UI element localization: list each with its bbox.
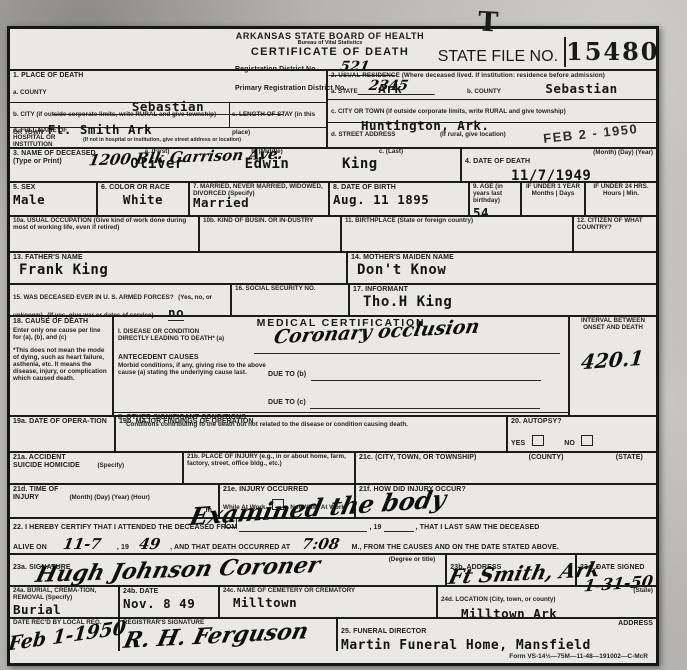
autopsy-field: 20. AUTOPSY? YES NO [506,417,656,451]
row-operation-autopsy: 19a. DATE OF OPERA-TION 19b. MAJOR FINDI… [10,415,656,451]
disease-condition-line: I. DISEASE OR CONDITION DIRECTLY LEADING… [114,329,568,353]
hospital-note: (If not in hospital or institution, give… [83,137,241,143]
usual-residence-title: 2. USUAL RESIDENCE (Where deceased lived… [328,71,656,80]
scanned-page-background: T ARKANSAS STATE BOARD OF HEALTH Bureau … [0,0,687,670]
sex-field: 5. SEX Male [10,183,96,215]
burial-date-field: 24b. DATE Nov. 8 49 [118,587,218,617]
section-name-of-deceased: 3. NAME OF DECEASED (Type or Print) a. (… [10,149,460,181]
marital-status-field: 7. MARRIED, NEVER MARRIED, WIDOWED, DIVO… [188,183,328,215]
due-to-b-blank [311,371,541,381]
funeral-director-address-label: ADDRESS [618,620,653,628]
street-address-label: d. STREET ADDRESS [331,131,396,138]
mother-name-value: Don't Know [357,262,653,278]
row-occupation-birthplace: 10a. USUAL OCCUPATION (Give kind of work… [10,215,656,251]
race-label: 6. COLOR OR RACE [101,184,185,192]
county-field: a. COUNTY Sebastian [10,81,326,103]
residence-state-field: a. STATE Ark [328,80,464,99]
middle-name-label: b. (Middle) [212,149,322,156]
under-1-year-field: IF UNDER 1 YEAR Months | Days [520,183,584,215]
row-registrar-funeral: DATE REC'D BY LOCAL REG. Feb 1-1950 REGI… [10,617,656,651]
burial-location-label: 24d. LOCATION (City, town, or county) [441,596,556,603]
accident-suicide-homicide-label: 21a. ACCIDENT SUICIDE HOMICIDE [13,454,93,470]
county-label: a. COUNTY [13,89,47,96]
burial-date-label: 24b. DATE [123,588,215,596]
certify-p2: , 19 [369,524,381,531]
row-signature: 23a. SIGNATURE (Degree or title) Hugh Jo… [10,553,656,585]
industry-field: 10b. KIND OF BUSIN. OR IN-DUSTRY [198,217,340,251]
place-of-injury-label: 21b. PLACE OF INJURY (e.g., in or about … [187,454,351,468]
occupation-field: 10a. USUAL OCCUPATION (Give kind of work… [10,217,198,251]
certify-p3: , THAT I LAST SAW THE DECEASED [416,524,540,531]
race-value: White [101,192,185,207]
race-field: 6. COLOR OR RACE White [96,183,188,215]
certificate-title: CERTIFICATE OF DEATH [180,46,480,58]
city-label: b. CITY (if outside corporate limits, wr… [13,111,216,118]
sex-value: Male [13,192,93,207]
row-name-date-of-death: 3. NAME OF DECEASED (Type or Print) a. (… [10,147,656,181]
row-armed-forces-informant: 15. WAS DECEASED EVER IN U. S. ARMED FOR… [10,283,656,315]
residence-city-label: c. CITY OR TOWN (if outside corporate li… [331,108,566,115]
date-of-birth-value: Aug. 11 1895 [333,192,465,207]
degree-title-label: (Degree or title) [389,557,436,564]
findings-of-operation-label: 19b. MAJOR FINDINGS OF OPERATION [119,418,503,426]
age-label: 9. AGE (in years last birthday) [473,184,517,205]
residence-city-field: c. CITY OR TOWN (if outside corporate li… [328,100,656,123]
accident-suicide-homicide-field: 21a. ACCIDENT SUICIDE HOMICIDE (Specify) [10,453,182,483]
date-of-death-label: 4. DATE OF DEATH [465,158,530,165]
burial-type-label: 24a. BURIAL, CREMA-TION, REMOVAL (Specif… [13,588,115,602]
received-date-stamp: FEB 2 - 1950 [542,121,638,146]
interval-label: INTERVAL BETWEEN ONSET AND DEATH [573,318,653,332]
last-name-label: c. (Last) [322,149,460,156]
autopsy-label: 20. AUTOPSY? [511,418,653,426]
place-of-death-title: 1. PLACE OF DEATH [10,71,326,81]
injury-state-label: (STATE) [616,454,643,482]
citizenship-label: 12. CITIZEN OF WHAT COUNTRY? [577,218,653,232]
birthplace-label: 11. BIRTHPLACE (State or foreign country… [345,218,569,225]
state-county-row: a. STATE Ark b. COUNTY Sebastian [328,80,656,100]
burial-type-field: 24a. BURIAL, CREMA-TION, REMOVAL (Specif… [10,587,118,617]
medical-certification-body: MEDICAL CERTIFICATION I. DISEASE OR COND… [112,317,568,415]
street-address-note: (If rural, give location) [440,131,506,138]
certify-p4: ALIVE ON [13,544,47,551]
citizenship-field: 12. CITIZEN OF WHAT COUNTRY? [572,217,656,251]
row-medical-certification: 18. CAUSE OF DEATH Enter only one cause … [10,315,656,415]
marital-status-value: Married [193,195,325,210]
signature-value: Hugh Johnson Coroner [33,552,323,588]
under-1-year-cols: Months | Days [525,191,581,198]
last-saw-year-value: 49 [129,536,169,554]
armed-forces-label: 15. WAS DECEASED EVER IN U. S. ARMED FOR… [13,294,174,301]
t-stamp-mark: T [477,6,499,38]
injury-city-label: 21c. (CITY, TOWN, OR TOWNSHIP) [359,454,476,482]
cause-note-2: *This does not mean the mode of dying, s… [13,348,109,383]
age-field: 9. AGE (in years last birthday) 54 [468,183,520,215]
date-received-field: DATE REC'D BY LOCAL REG. Feb 1-1950 [10,619,118,651]
father-name-value: Frank King [19,262,343,278]
autopsy-yes-checkbox [532,435,544,446]
certify-p5: , 19 [117,544,129,551]
city-field: b. CITY (if outside corporate limits, wr… [10,103,229,127]
registrar-signature-field: REGISTRAR'S SIGNATURE R. H. Ferguson [118,619,336,651]
under-24-hrs-cols: Hours | Min. [589,191,653,198]
section-place-of-death: 1. PLACE OF DEATH a. COUNTY Sebastian b.… [10,71,326,147]
certify-statement: Examined the body 22. I HEREBY CERTIFY T… [10,519,656,553]
time-of-injury-field: 21d. TIME OF INJURY (Month) (Day) (Year)… [10,485,218,517]
due-to-c-blank [310,399,540,409]
cemetery-field: 24c. NAME OF CEMETERY OR CREMATORY Millt… [218,587,436,617]
ssn-label: 16. SOCIAL SECURITY NO. [235,286,345,293]
mother-name-field: 14. MOTHER'S MAIDEN NAME Don't Know [346,253,656,283]
cause-of-death-title: 18. CAUSE OF DEATH [13,318,109,326]
cause-code-value: 420.1 [580,346,645,375]
injury-location-field: 21c. (CITY, TOWN, OR TOWNSHIP) (COUNTY) … [354,453,656,483]
row-sex-race-age: 5. SEX Male 6. COLOR OR RACE White 7. MA… [10,181,656,215]
cause-note-1: Enter only one cause per line for (a), (… [13,328,109,342]
informant-label: 17. INFORMANT [353,286,653,294]
findings-of-operation-field: 19b. MAJOR FINDINGS OF OPERATION [114,417,506,451]
certificate-header: T ARKANSAS STATE BOARD OF HEALTH Bureau … [10,29,656,69]
date-of-operation-label: 19a. DATE OF OPERA-TION [13,418,111,426]
morbid-conditions-note: Morbid conditions, if any, giving rise t… [118,363,268,409]
date-of-death-cols: (Month) (Day) (Year) [593,150,653,157]
industry-label: 10b. KIND OF BUSIN. OR IN-DUSTRY [203,218,337,225]
antecedent-block: Morbid conditions, if any, giving rise t… [114,363,568,409]
last-saw-date-value: 11-7 [47,536,116,554]
burial-location-field: 24d. LOCATION (City, town, or county) (S… [436,587,656,617]
time-of-injury-label: 21d. TIME OF INJURY [13,486,65,502]
city-stay-row: b. CITY (if outside corporate limits, wr… [10,103,326,128]
autopsy-no-label: NO [564,440,575,447]
date-of-operation-field: 19a. DATE OF OPERA-TION [10,417,114,451]
armed-forces-field: 15. WAS DECEASED EVER IN U. S. ARMED FOR… [10,285,230,315]
last-name-value: King [342,156,460,172]
death-certificate: T ARKANSAS STATE BOARD OF HEALTH Bureau … [7,26,659,666]
section-usual-residence: 2. USUAL RESIDENCE (Where deceased lived… [326,71,656,147]
cause-of-death-notes: 18. CAUSE OF DEATH Enter only one cause … [10,317,112,415]
cemetery-label: 24c. NAME OF CEMETERY OR CREMATORY [223,588,433,595]
burial-location-state-label: (State) [633,588,653,595]
row-injury-type-place: 21a. ACCIDENT SUICIDE HOMICIDE (Specify)… [10,451,656,483]
last-name-field: c. (Last) King [322,149,460,181]
first-name-field: a. (First) Oliver [102,149,212,181]
state-file-label: STATE FILE NO. [438,48,558,66]
row-certify-statement: Examined the body 22. I HEREBY CERTIFY T… [10,517,656,553]
date-of-birth-field: 8. DATE OF BIRTH Aug. 11 1895 [328,183,468,215]
funeral-director-field: 25. FUNERAL DIRECTOR ADDRESS Martin Fune… [336,619,656,651]
date-of-birth-label: 8. DATE OF BIRTH [333,184,465,192]
funeral-director-value: Martin Funeral Home, Mansfield [341,638,653,653]
first-name-value: Oliver [102,156,212,172]
or-town-label: OR TOWN [13,129,43,136]
sex-label: 5. SEX [13,184,93,192]
birthplace-field: 11. BIRTHPLACE (State or foreign country… [340,217,572,251]
burial-type-value: Burial [13,602,115,617]
residence-state-label: a. STATE [331,88,358,95]
row-parents: 13. FATHER'S NAME Frank King 14. MOTHER'… [10,251,656,283]
residence-state-value: Ark [378,81,402,96]
due-to-b-label: DUE TO (b) [268,371,306,378]
interval-column: INTERVAL BETWEEN ONSET AND DEATH 420.1 [568,317,656,415]
certify-p6: , AND THAT DEATH OCCURRED AT [170,544,290,551]
middle-name-field: b. (Middle) Edwin [212,149,322,181]
certify-line-1: 22. I HEREBY CERTIFY THAT I ATTENDED THE… [13,522,653,532]
informant-value: Tho.H King [363,294,653,310]
certify-line-2: ALIVE ON 11-7 , 19 49 , AND THAT DEATH O… [13,536,653,554]
injury-county-label: (COUNTY) [529,454,564,482]
residence-county-value: Sebastian [545,81,617,96]
place-of-injury-field: 21b. PLACE OF INJURY (e.g., in or about … [182,453,354,483]
father-name-label: 13. FATHER'S NAME [13,254,343,262]
certify-p7: M., FROM THE CAUSES AND ON THE DATE STAT… [352,544,559,551]
street-address-field: d. STREET ADDRESS (If rural, give locati… [328,123,656,146]
name-of-deceased-label: 3. NAME OF DECEASED (Type or Print) [10,149,102,181]
length-of-stay-field: c. LENGTH OF STAY (in this place) [229,103,326,127]
under-24-hrs-field: IF UNDER 24 HRS. Hours | Min. [584,183,656,215]
residence-county-field: b. COUNTY Sebastian [464,80,656,99]
attended-year-blank [384,522,414,532]
signer-address-field: 23b. ADDRESS Ft Smith, Ark [445,555,575,585]
father-name-field: 13. FATHER'S NAME Frank King [10,253,346,283]
informant-field: 17. INFORMANT Tho.H King [348,285,656,315]
state-file-number: 15480 [564,37,652,67]
residence-county-label: b. COUNTY [467,88,501,95]
row-burial: 24a. BURIAL, CREMA-TION, REMOVAL (Specif… [10,585,656,617]
section-date-of-death: 4. DATE OF DEATH (Month) (Day) (Year) 11… [460,149,656,181]
due-to-c-label: DUE TO (c) [268,399,306,406]
row-place-residence: 1. PLACE OF DEATH a. COUNTY Sebastian b.… [10,69,656,147]
middle-name-value: Edwin [212,156,322,172]
due-to-c-line: DUE TO (c) [268,391,564,409]
mother-name-label: 14. MOTHER'S MAIDEN NAME [351,254,653,262]
first-name-label: a. (First) [102,149,212,156]
funeral-director-label: 25. FUNERAL DIRECTOR [341,628,426,635]
ssn-field: 16. SOCIAL SECURITY NO. [230,285,348,315]
occupation-label: 10a. USUAL OCCUPATION (Give kind of work… [13,218,195,232]
burial-date-value: Nov. 8 49 [123,596,215,611]
due-to-b-line: DUE TO (b) [268,363,564,381]
autopsy-yes-label: YES [511,440,525,447]
autopsy-no-checkbox [581,435,593,446]
cemetery-value: Milltown [233,595,433,610]
signature-field: 23a. SIGNATURE (Degree or title) Hugh Jo… [10,555,445,585]
specify-note: (Specify) [97,462,124,469]
due-to-lines: DUE TO (b) DUE TO (c) [268,363,564,409]
time-of-injury-cols: (Month) (Day) (Year) (Hour) [69,494,149,501]
